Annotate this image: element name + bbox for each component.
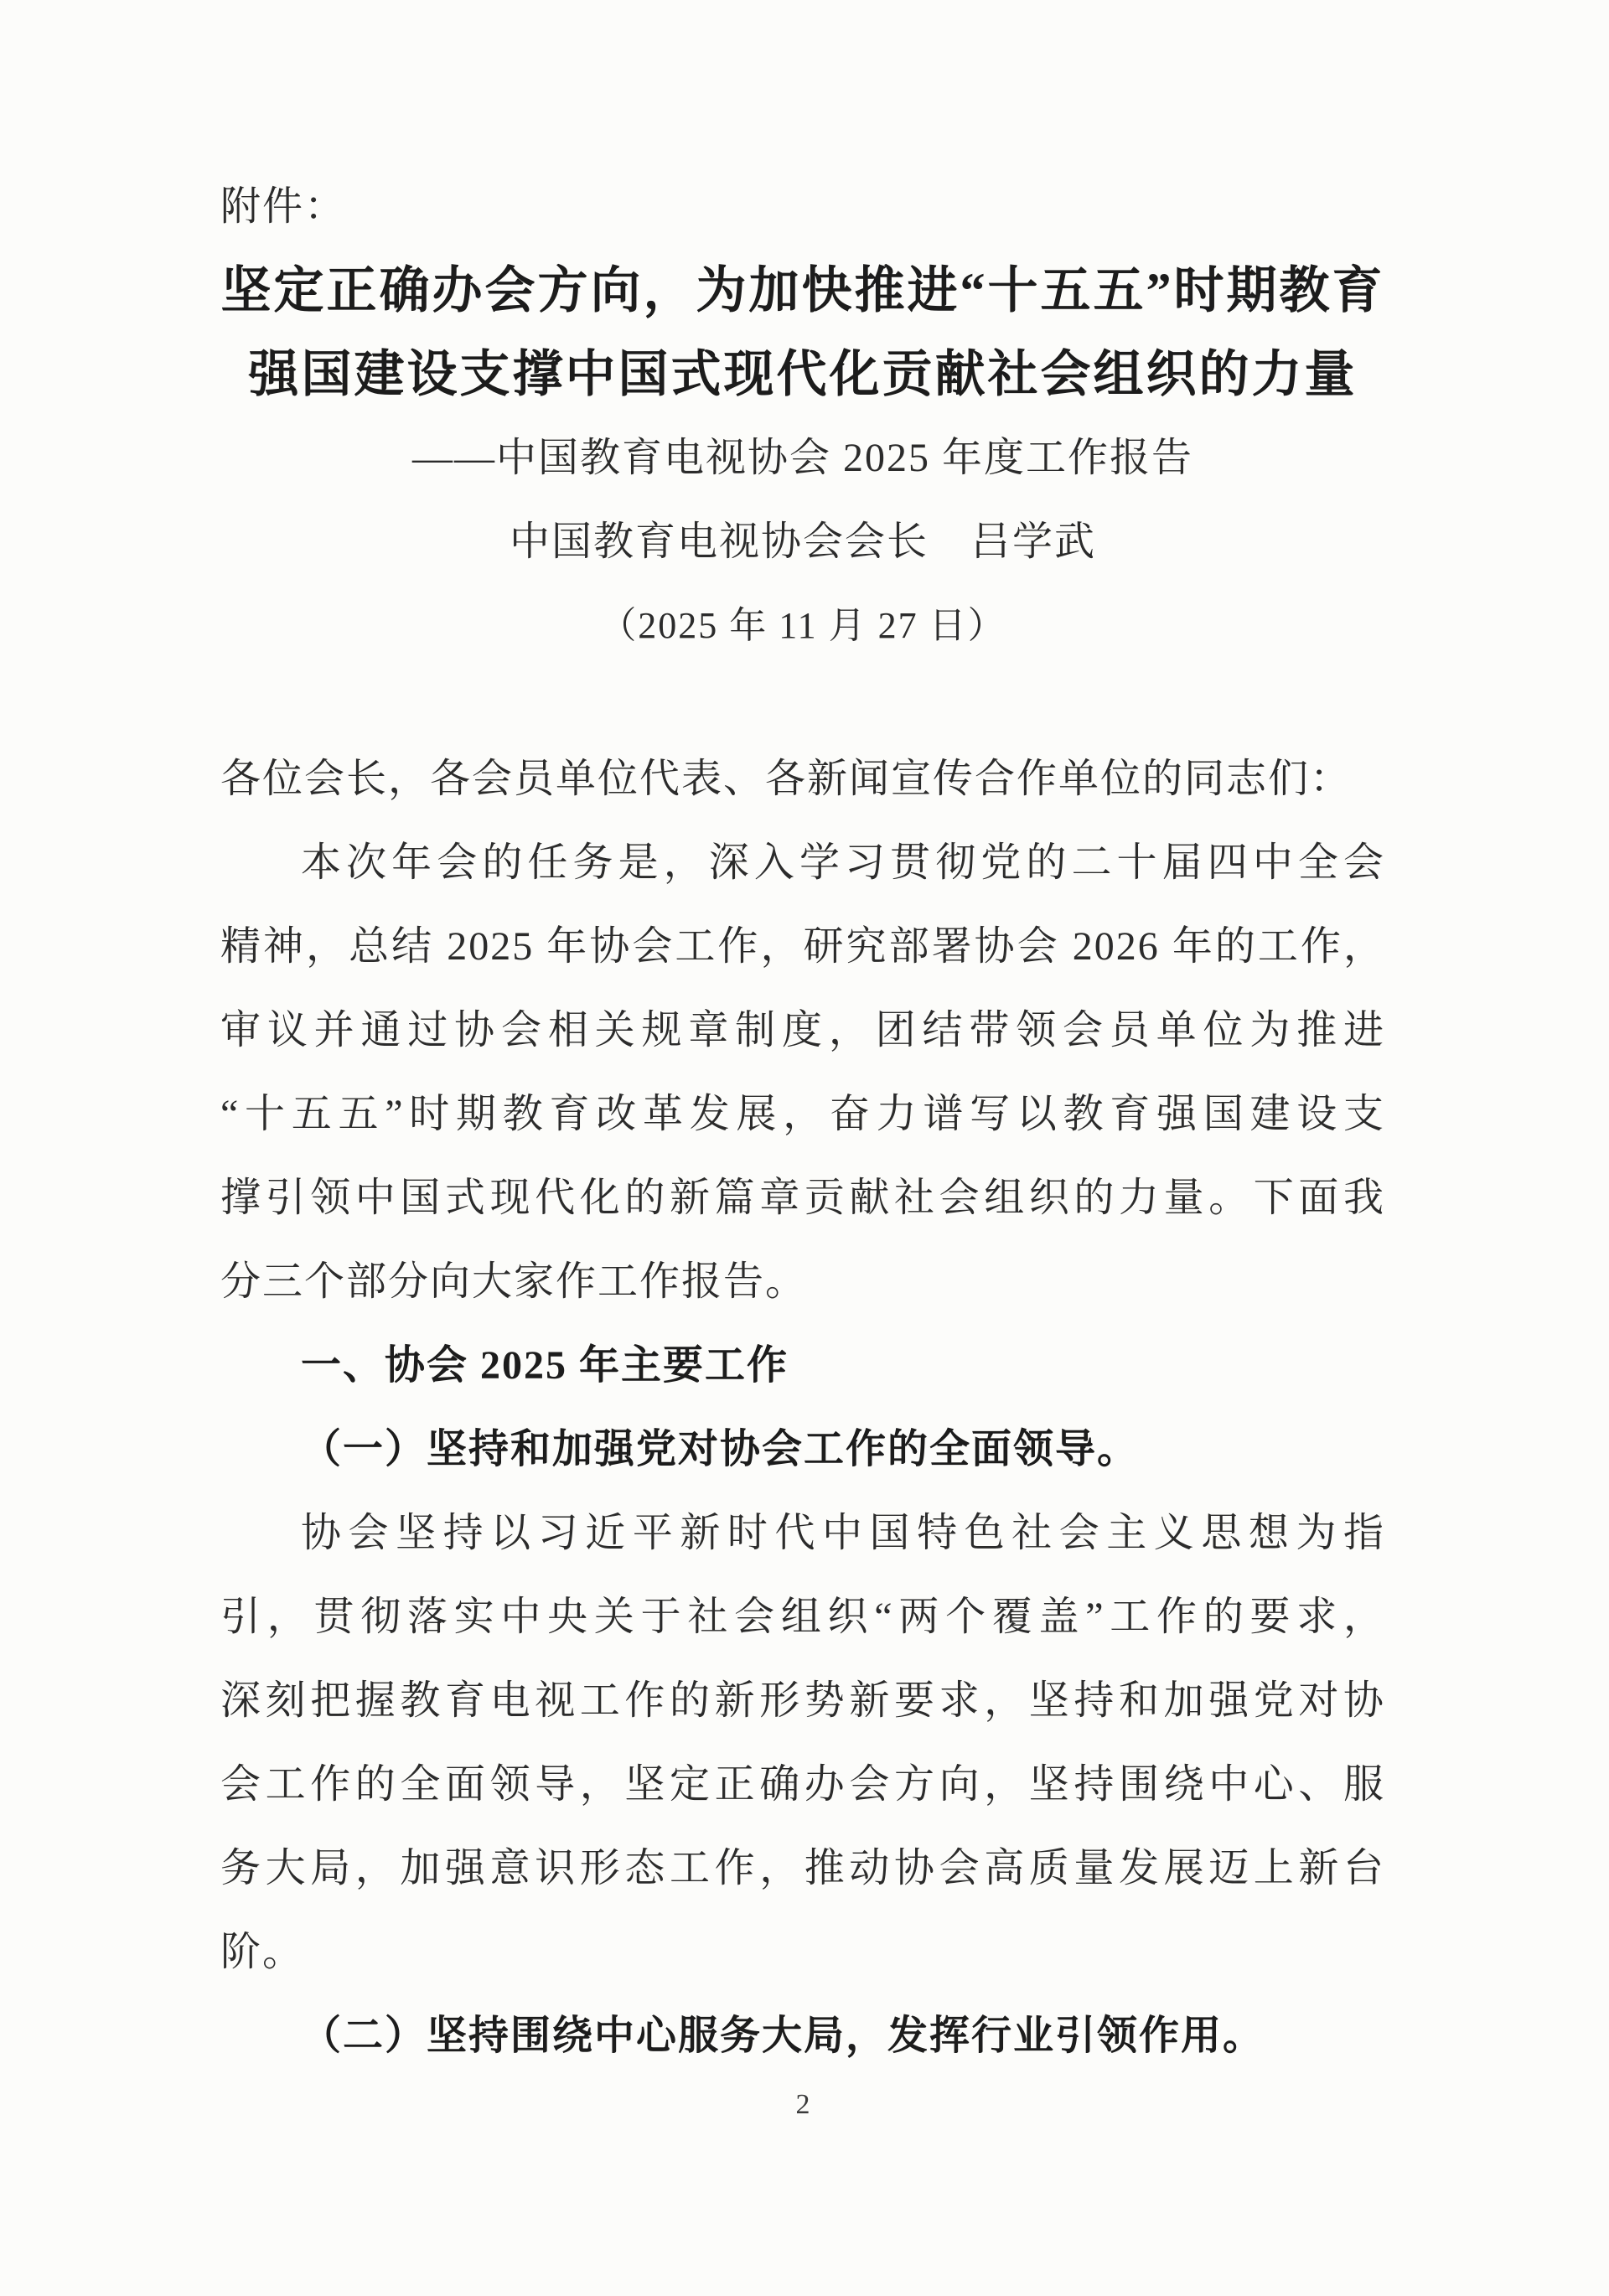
- body-line-salutation: 各位会长，各会员单位代表、各新闻宣传合作单位的同志们：: [220, 737, 1385, 821]
- body-line: 审议并通过协会相关规章制度，团结带领会员单位为推进: [220, 989, 1385, 1073]
- title-line-2: 强国建设支撑中国式现代化贡献社会组织的力量: [220, 333, 1385, 416]
- title-line-1: 坚定正确办会方向，为加快推进“十五五”时期教育: [220, 249, 1385, 333]
- report-body: 各位会长，各会员单位代表、各新闻宣传合作单位的同志们： 本次年会的任务是，深入学…: [220, 737, 1385, 2078]
- body-line: 分三个部分向大家作工作报告。: [220, 1240, 1385, 1324]
- subsection-heading-1: （一）坚持和加强党对协会工作的全面领导。: [220, 1408, 1385, 1492]
- body-line: 协会坚持以习近平新时代中国特色社会主义思想为指: [220, 1492, 1385, 1575]
- body-line: 深刻把握教育电视工作的新形势新要求，坚持和加强党对协: [220, 1659, 1385, 1743]
- body-line: “十五五”时期教育改革发展，奋力谱写以教育强国建设支: [220, 1073, 1385, 1156]
- body-line: 精神，总结 2025 年协会工作，研究部署协会 2026 年的工作，: [220, 905, 1385, 989]
- report-subtitle: ——中国教育电视协会 2025 年度工作报告: [220, 416, 1385, 500]
- body-line: 务大局，加强意识形态工作，推动协会高质量发展迈上新台: [220, 1827, 1385, 1911]
- attachment-label: 附件：: [220, 165, 1385, 249]
- document-page: 附件： 坚定正确办会方向，为加快推进“十五五”时期教育 强国建设支撑中国式现代化…: [0, 0, 1609, 2296]
- body-line: 引，贯彻落实中央关于社会组织“两个覆盖”工作的要求，: [220, 1575, 1385, 1659]
- author-line: 中国教育电视协会会长 吕学武: [220, 500, 1385, 584]
- document-title: 坚定正确办会方向，为加快推进“十五五”时期教育 强国建设支撑中国式现代化贡献社会…: [220, 249, 1385, 416]
- body-line: 本次年会的任务是，深入学习贯彻党的二十届四中全会: [220, 821, 1385, 905]
- subsection-heading-2: （二）坚持围绕中心服务大局，发挥行业引领作用。: [220, 1994, 1385, 2078]
- body-line: 会工作的全面领导，坚定正确办会方向，坚持围绕中心、服: [220, 1743, 1385, 1827]
- section-heading-1: 一、协会 2025 年主要工作: [220, 1324, 1385, 1408]
- date-line: （2025 年 11 月 27 日）: [220, 584, 1385, 668]
- page-number: 2: [220, 2088, 1385, 2122]
- body-line: 撑引领中国式现代化的新篇章贡献社会组织的力量。下面我: [220, 1156, 1385, 1240]
- body-line: 阶。: [220, 1911, 1385, 1994]
